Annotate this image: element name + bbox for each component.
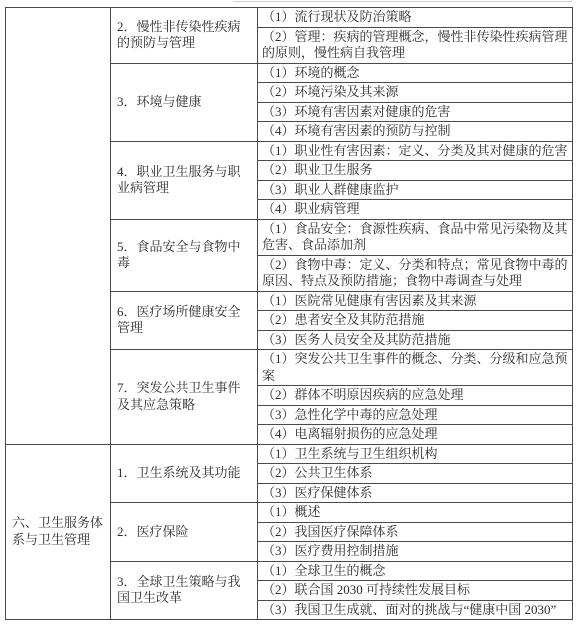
topic-cell: 2．慢性非传染性疾病的预防与管理: [111, 8, 258, 64]
topic-cell: 5．食品安全与食物中毒: [111, 219, 258, 291]
syllabus-item: （1）突发公共卫生事件的概念、分类、分级和应急预案: [258, 350, 573, 386]
syllabus-item: （1）职业性有害因素：定义、分类及其对健康的危害: [258, 141, 573, 161]
syllabus-item: （2）我国医疗保障体系: [258, 522, 573, 542]
syllabus-item: （1）全球卫生的概念: [258, 561, 573, 581]
syllabus-item: （3）医疗费用控制措施: [258, 542, 573, 562]
syllabus-item: （3）急性化学中毒的应急处理: [258, 405, 573, 425]
syllabus-item: （2）联合国 2030 可持续性发展目标: [258, 581, 573, 601]
category-cell: 六、卫生服务体系与卫生管理: [6, 444, 111, 620]
syllabus-item: （4）职业病管理: [258, 200, 573, 220]
syllabus-item: （2）管理：疾病的管理概念，慢性非传染性疾病管理的原则，慢性病自我管理: [258, 27, 573, 63]
syllabus-item: （4）电离辐射损伤的应急处理: [258, 425, 573, 445]
topic-cell: 1．卫生系统及其功能: [111, 444, 258, 503]
syllabus-item: （3）医务人员安全及其防范措施: [258, 330, 573, 350]
syllabus-item: （2）群体不明原因疾病的应急处理: [258, 386, 573, 406]
syllabus-item: （1）卫生系统与卫生组织机构: [258, 444, 573, 464]
scan-artifact-line: [233, 1, 572, 2]
topic-cell: 3．环境与健康: [111, 63, 258, 141]
category-cell-empty: [6, 8, 111, 445]
syllabus-table: 2．慢性非传染性疾病的预防与管理 （1）流行现状及防治策略 （2）管理：疾病的管…: [5, 7, 573, 620]
syllabus-item: （1）医院常见健康有害因素及其来源: [258, 291, 573, 311]
topic-cell: 4．职业卫生服务与职业病管理: [111, 141, 258, 219]
table-row: 六、卫生服务体系与卫生管理 1．卫生系统及其功能 （1）卫生系统与卫生组织机构: [6, 444, 573, 464]
topic-cell: 7．突发公共卫生事件及其应急策略: [111, 350, 258, 445]
syllabus-item: （4）环境有害因素的预防与控制: [258, 122, 573, 142]
syllabus-item: （3）职业人群健康监护: [258, 180, 573, 200]
syllabus-item: （1）食品安全：食源性疾病、食品中常见污染物及其危害、食品添加剂: [258, 219, 573, 255]
syllabus-item: （1）流行现状及防治策略: [258, 8, 573, 28]
syllabus-item: （3）环境有害因素对健康的危害: [258, 102, 573, 122]
syllabus-item: （3）医疗保健体系: [258, 483, 573, 503]
topic-cell: 6．医疗场所健康安全管理: [111, 291, 258, 350]
topic-cell: 2．医疗保险: [111, 503, 258, 562]
syllabus-item: （1）概述: [258, 503, 573, 523]
syllabus-item: （2）公共卫生体系: [258, 464, 573, 484]
syllabus-item: （2）患者安全及其防范措施: [258, 311, 573, 331]
syllabus-item: （2）食物中毒：定义、分类和特点；常见食物中毒的原因、特点及预防措施；食物中毒调…: [258, 255, 573, 291]
syllabus-item: （1）环境的概念: [258, 63, 573, 83]
syllabus-item: （2）环境污染及其来源: [258, 83, 573, 103]
syllabus-item: （3）我国卫生成就、面对的挑战与“健康中国 2030”: [258, 600, 573, 620]
syllabus-item: （2）职业卫生服务: [258, 161, 573, 181]
table-row: 2．慢性非传染性疾病的预防与管理 （1）流行现状及防治策略: [6, 8, 573, 28]
topic-cell: 3．全球卫生策略与我国卫生改革: [111, 561, 258, 620]
